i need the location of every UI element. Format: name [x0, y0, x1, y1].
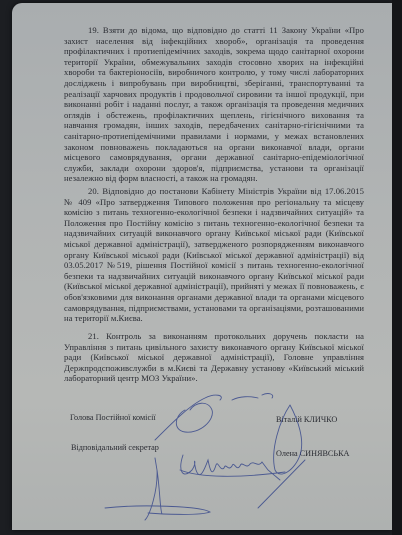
paragraph-20-text: 20. Відповідно до постанови Кабінету Мін…	[64, 186, 364, 324]
paragraph-21: 21. Контроль за виконанням протокольних …	[64, 331, 364, 384]
paragraph-21-text: 21. Контроль за виконанням протокольних …	[64, 331, 364, 384]
head-of-commission-label: Голова Постійної комісії	[70, 413, 156, 422]
background-edge	[392, 0, 402, 535]
paragraph-20: 20. Відповідно до постанови Кабінету Мін…	[64, 186, 364, 324]
head-of-commission-name: Віталій КЛИЧКО	[276, 415, 337, 424]
paragraph-19-text: 19. Взяти до відома, що відповідно до ст…	[64, 25, 364, 184]
secretary-name: Олена СИНЯВСЬКА	[276, 449, 349, 458]
paragraph-19: 19. Взяти до відома, що відповідно до ст…	[64, 25, 364, 184]
secretary-label: Відповідальний секретар	[71, 443, 159, 452]
